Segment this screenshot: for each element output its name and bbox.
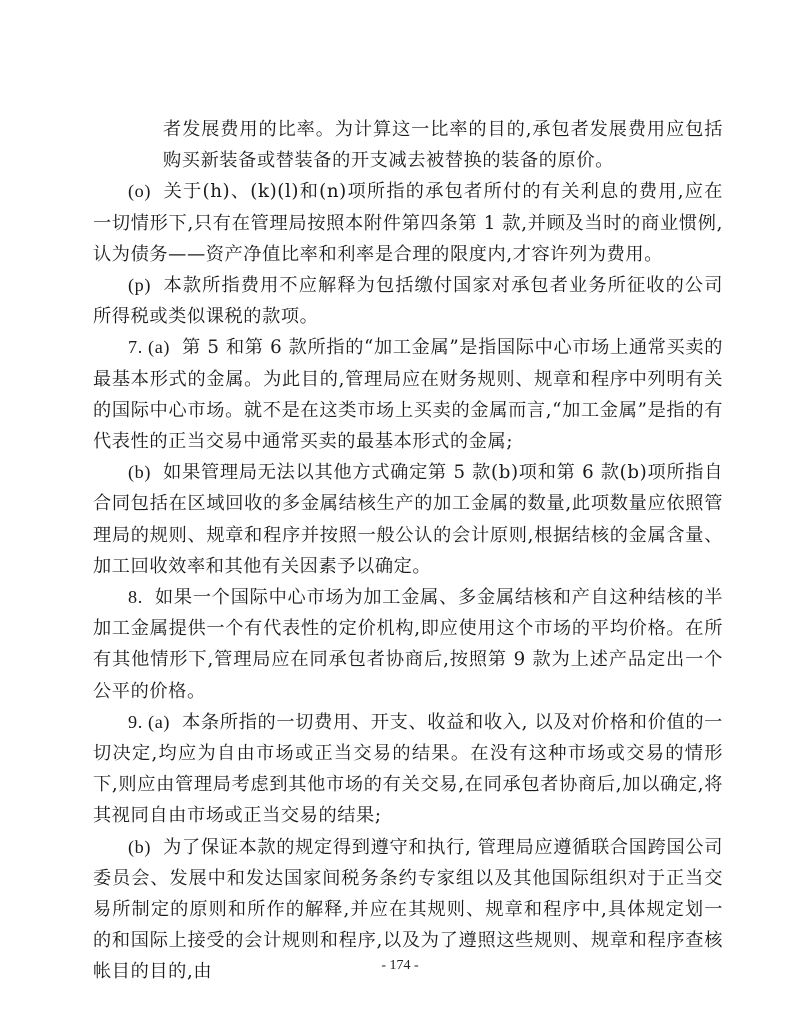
- paragraph-9a: 9. (a)本条所指的一切费用、开支、收益和收入, 以及对价格和价值的一切决定,…: [93, 707, 723, 832]
- document-body: 者发展费用的比率。为计算这一比率的目的,承包者发展费用应包括购买新装备或替装备的…: [93, 114, 723, 988]
- paragraph-text: 如果一个国际中心市场为加工金属、多金属结核和产自这种结核的半加工金属提供一个有代…: [93, 587, 723, 702]
- paragraph-n-continuation: 者发展费用的比率。为计算这一比率的目的,承包者发展费用应包括购买新装备或替装备的…: [93, 114, 723, 176]
- paragraph-7b: (b)如果管理局无法以其他方式确定第 5 款(b)项和第 6 款(b)项所指自合…: [93, 457, 723, 582]
- paragraph-label: (p): [128, 275, 151, 295]
- paragraph-p: (p)本款所指费用不应解释为包括缴付国家对承包者业务所征收的公司所得税或类似课税…: [93, 270, 723, 332]
- paragraph-label: (o): [128, 181, 151, 201]
- paragraph-text: 如果管理局无法以其他方式确定第 5 款(b)项和第 6 款(b)项所指自合同包括…: [93, 462, 723, 577]
- paragraph-7a: 7. (a)第 5 和第 6 款所指的“加工金属”是指国际中心市场上通常买卖的最…: [93, 332, 723, 457]
- paragraph-o: (o)关于(h)、(k)(l)和(n)项所指的承包者所付的有关利息的费用,应在一…: [93, 176, 723, 270]
- paragraph-label: 7. (a): [128, 337, 170, 357]
- paragraph-label: (b): [128, 462, 151, 482]
- paragraph-label: 8.: [128, 587, 143, 607]
- paragraph-text: 本条所指的一切费用、开支、收益和收入, 以及对价格和价值的一切决定,均应为自由市…: [93, 712, 723, 827]
- page-number: - 174 -: [0, 958, 800, 974]
- paragraph-text: 关于(h)、(k)(l)和(n)项所指的承包者所付的有关利息的费用,应在一切情形…: [93, 181, 723, 264]
- paragraph-label: (b): [128, 837, 151, 857]
- paragraph-text: 者发展费用的比率。为计算这一比率的目的,承包者发展费用应包括购买新装备或替装备的…: [163, 119, 723, 171]
- paragraph-8: 8.如果一个国际中心市场为加工金属、多金属结核和产自这种结核的半加工金属提供一个…: [93, 582, 723, 707]
- paragraph-label: 9. (a): [128, 712, 170, 732]
- paragraph-text: 本款所指费用不应解释为包括缴付国家对承包者业务所征收的公司所得税或类似课税的款项…: [93, 275, 723, 327]
- paragraph-text: 第 5 和第 6 款所指的“加工金属”是指国际中心市场上通常买卖的最基本形式的金…: [93, 337, 723, 452]
